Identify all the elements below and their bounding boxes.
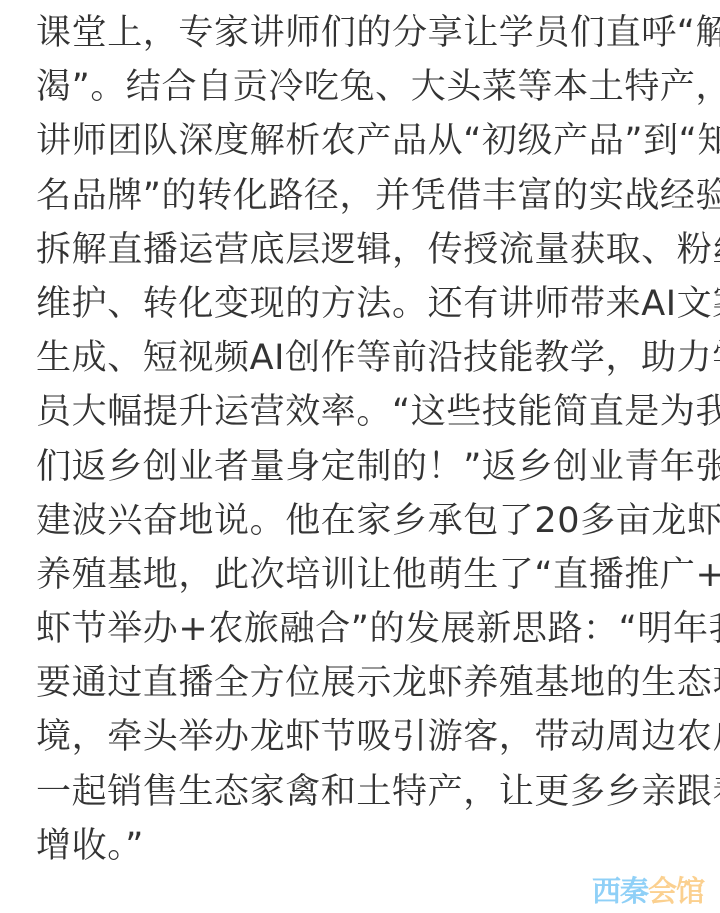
watermark-part-2: 会馆	[648, 874, 704, 908]
paragraph-line: 员大幅提升运营效率。“这些技能简直是为我	[36, 385, 696, 439]
paragraph-line: 建波兴奋地说。他在家乡承包了20多亩龙虾	[36, 494, 696, 548]
watermark-part-1: 西秦	[592, 874, 648, 908]
paragraph-line: 们返乡创业者量身定制的！”返乡创业青年张	[36, 440, 696, 494]
paragraph-line: 课堂上，专家讲师们的分享让学员们直呼“解	[36, 6, 696, 60]
paragraph-line: 增收。”	[36, 819, 696, 873]
paragraph-line: 虾节举办+农旅融合”的发展新思路：“明年我	[36, 602, 696, 656]
paragraph-line: 养殖基地，此次培训让他萌生了“直播推广+龙	[36, 548, 696, 602]
paragraph-line: 讲师团队深度解析农产品从“初级产品”到“知	[36, 114, 696, 168]
paragraph-line: 名品牌”的转化路径，并凭借丰富的实战经验	[36, 169, 696, 223]
paragraph-line: 生成、短视频AI创作等前沿技能教学，助力学	[36, 331, 696, 385]
paragraph-line: 要通过直播全方位展示龙虾养殖基地的生态环	[36, 656, 696, 710]
paragraph-line: 渴”。结合自贡冷吃兔、大头菜等本土特产，	[36, 60, 696, 114]
paragraph-line: 境，牵头举办龙虾节吸引游客，带动周边农户	[36, 710, 696, 764]
article-body: 课堂上，专家讲师们的分享让学员们直呼“解 渴”。结合自贡冷吃兔、大头菜等本土特产…	[36, 6, 696, 873]
watermark-logo: 西秦会馆	[592, 874, 704, 908]
paragraph-line: 一起销售生态家禽和土特产，让更多乡亲跟着	[36, 765, 696, 819]
paragraph-line: 拆解直播运营底层逻辑，传授流量获取、粉丝	[36, 223, 696, 277]
paragraph-line: 维护、转化变现的方法。还有讲师带来AI文案	[36, 277, 696, 331]
